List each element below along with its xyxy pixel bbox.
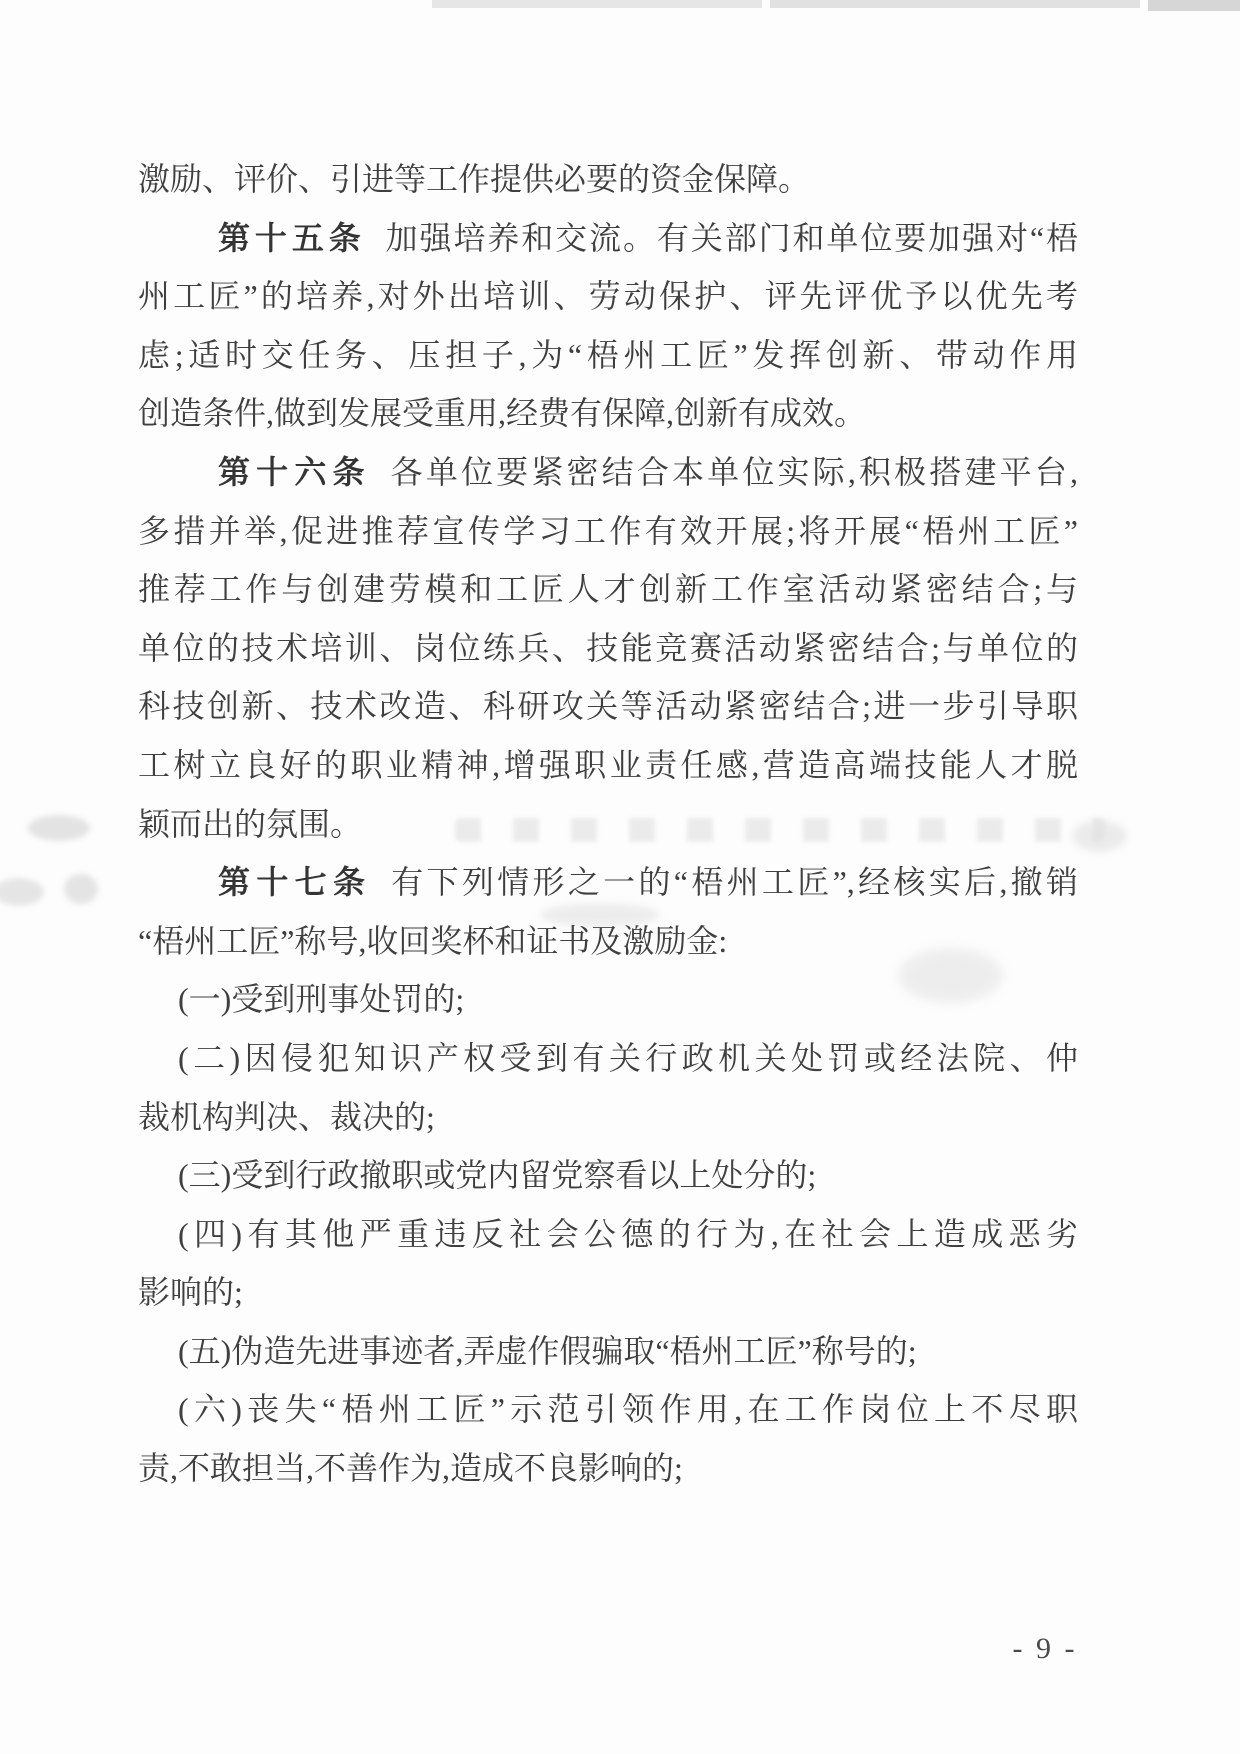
scan-artifact-top-strip [1148,0,1240,11]
line-text: 裁机构判决、裁决的; [138,1099,435,1135]
document-page: 激励、评价、引进等工作提供必要的资金保障。第十五条加强培养和交流。有关部门和单位… [0,0,1240,1754]
line-text: 加强培养和交流。有关部门和单位要加强对“梧 [386,220,1078,256]
line-text: 颖而出的氛围。 [138,806,362,842]
scan-artifact-smudge [64,874,98,904]
document-body: 激励、评价、引进等工作提供必要的资金保障。第十五条加强培养和交流。有关部门和单位… [138,150,1078,1498]
text-line: 第十五条加强培养和交流。有关部门和单位要加强对“梧 [138,209,1078,268]
line-text: 推荐工作与创建劳模和工匠人才创新工作室活动紧密结合;与 [138,571,1078,607]
text-line: (三)受到行政撤职或党内留党察看以上处分的; [138,1146,1078,1205]
line-text: (一)受到刑事处罚的; [178,981,464,1017]
text-line: 创造条件,做到发展受重用,经费有保障,创新有成效。 [138,384,1078,443]
line-text: 有下列情形之一的“梧州工匠”,经核实后,撤销 [391,864,1078,900]
text-line: (一)受到刑事处罚的; [138,970,1078,1029]
page-number: - 9 - [975,1632,1115,1666]
scan-artifact-smudge [0,878,44,906]
text-line: (二)因侵犯知识产权受到有关行政机关处罚或经法院、仲 [138,1029,1078,1088]
line-text: 责,不敢担当,不善作为,造成不良影响的; [138,1450,683,1486]
line-text: “梧州工匠”称号,收回奖杯和证书及激励金: [138,923,727,959]
line-text: 工树立良好的职业精神,增强职业责任感,营造高端技能人才脱 [138,747,1078,783]
line-text: 单位的技术培训、岗位练兵、技能竞赛活动紧密结合;与单位的 [138,630,1078,666]
line-text: (二)因侵犯知识产权受到有关行政机关处罚或经法院、仲 [178,1040,1078,1076]
line-text: (六)丧失“梧州工匠”示范引领作用,在工作岗位上不尽职 [178,1391,1078,1427]
article-number: 第十六条 [218,454,371,490]
text-line: (四)有其他严重违反社会公德的行为,在社会上造成恶劣 [138,1205,1078,1264]
line-text: 多措并举,促进推荐宣传学习工作有效开展;将开展“梧州工匠” [138,513,1078,549]
text-line: “梧州工匠”称号,收回奖杯和证书及激励金: [138,912,1078,971]
line-text: 激励、评价、引进等工作提供必要的资金保障。 [138,161,810,197]
scan-artifact-smudge [28,815,90,841]
line-text: 影响的; [138,1274,243,1310]
text-line: 颖而出的氛围。 [138,795,1078,854]
line-text: 州工匠”的培养,对外出培训、劳动保护、评先评优予以优先考 [138,278,1078,314]
text-line: (六)丧失“梧州工匠”示范引领作用,在工作岗位上不尽职 [138,1380,1078,1439]
line-text: (五)伪造先进事迹者,弄虚作假骗取“梧州工匠”称号的; [178,1333,917,1369]
text-line: 科技创新、技术改造、科研攻关等活动紧密结合;进一步引导职 [138,677,1078,736]
text-line: 影响的; [138,1263,1078,1322]
text-line: 虑;适时交任务、压担子,为“梧州工匠”发挥创新、带动作用 [138,326,1078,385]
line-text: 虑;适时交任务、压担子,为“梧州工匠”发挥创新、带动作用 [138,337,1078,373]
text-line: 多措并举,促进推荐宣传学习工作有效开展;将开展“梧州工匠” [138,502,1078,561]
line-text: 各单位要紧密结合本单位实际,积极搭建平台, [391,454,1078,490]
text-line: 激励、评价、引进等工作提供必要的资金保障。 [138,150,1078,209]
text-line: 工树立良好的职业精神,增强职业责任感,营造高端技能人才脱 [138,736,1078,795]
line-text: (四)有其他严重违反社会公德的行为,在社会上造成恶劣 [178,1216,1078,1252]
line-text: 科技创新、技术改造、科研攻关等活动紧密结合;进一步引导职 [138,688,1078,724]
text-line: (五)伪造先进事迹者,弄虚作假骗取“梧州工匠”称号的; [138,1322,1078,1381]
text-line: 裁机构判决、裁决的; [138,1088,1078,1147]
article-number: 第十五条 [218,220,366,256]
scan-artifact-smudge [1072,820,1127,852]
text-line: 推荐工作与创建劳模和工匠人才创新工作室活动紧密结合;与 [138,560,1078,619]
scan-artifact-top-strip [770,0,1140,8]
scan-artifact-top-strip [432,0,762,8]
text-line: 责,不敢担当,不善作为,造成不良影响的; [138,1439,1078,1498]
article-number: 第十七条 [218,864,371,900]
text-line: 第十六条各单位要紧密结合本单位实际,积极搭建平台, [138,443,1078,502]
line-text: (三)受到行政撤职或党内留党察看以上处分的; [178,1157,816,1193]
line-text: 创造条件,做到发展受重用,经费有保障,创新有成效。 [138,395,866,431]
text-line: 州工匠”的培养,对外出培训、劳动保护、评先评优予以优先考 [138,267,1078,326]
text-line: 单位的技术培训、岗位练兵、技能竞赛活动紧密结合;与单位的 [138,619,1078,678]
text-line: 第十七条有下列情形之一的“梧州工匠”,经核实后,撤销 [138,853,1078,912]
